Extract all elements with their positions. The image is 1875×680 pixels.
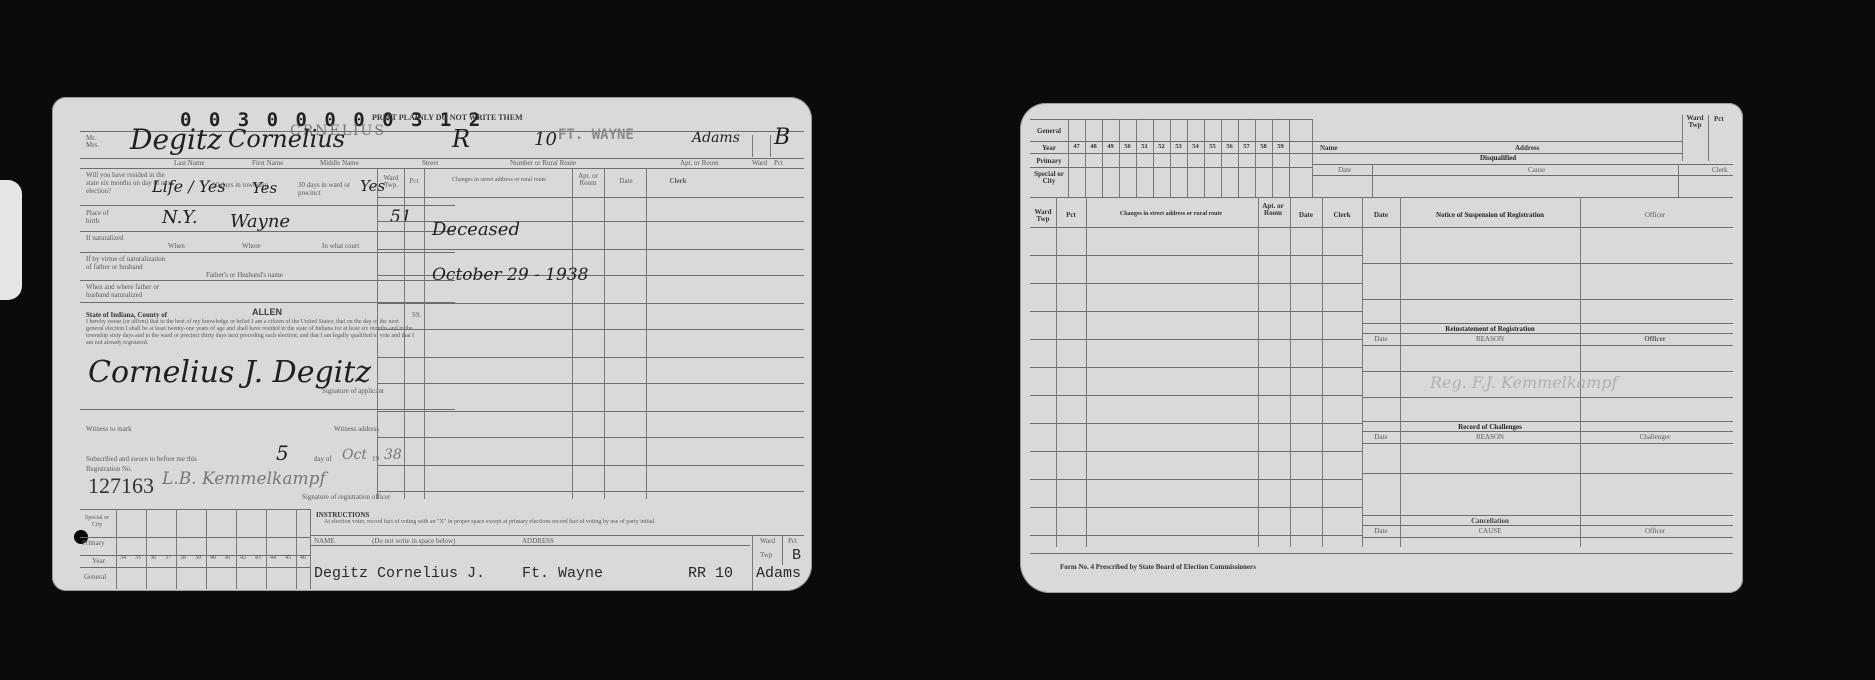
naturalized-when-label: When [168,242,185,250]
day-of-label: day of [314,455,332,463]
first-name-value: Cornelius [228,125,345,153]
form-note: Form No. 4 Prescribed by State Board of … [1060,563,1256,571]
last-name-value: Degitz [130,123,222,156]
footer-ward-label: Ward [760,537,775,545]
subscribed-year: 38 [384,447,402,463]
challenges-title: Record of Challenges [1400,423,1580,431]
challenges-header-date: Date [1362,433,1400,441]
oath-state-line: State of Indiana, County of [86,311,167,319]
applicant-signature-label: Signature of applicant [322,387,384,395]
back-pct-label: Pct [1714,115,1724,123]
back-changes-header-pct: Pct [1056,211,1086,219]
back-changes-header-date: Date [1290,211,1322,219]
subscribed-label: Subscribed and sworn to before me this [86,455,197,463]
footer-name-label: NAME [314,537,335,545]
reinstatement-header-date: Date [1362,335,1400,343]
back-grid-row-general: General [1030,127,1068,135]
birthplace-value: N.Y. [162,207,198,228]
title-labels: Mr. Mrs. [86,135,99,149]
grid-row-primary: Primary [82,539,105,547]
cancellation-header-cause: CAUSE [1400,527,1580,535]
back-year-cells: 47 48 49 50 51 52 53 54 55 56 57 58 59 [1068,143,1312,153]
naturalized-court-label: In what court [322,242,359,250]
witness-address-label: Witness address [334,425,379,433]
header-instruction: PRINT PLAINLY DO NOT WRITE THEM [372,113,523,122]
back-changes-header-ward: Ward Twp [1030,209,1056,223]
residence-township-answer: Yes [252,179,277,197]
number-label: Number or Rural Route [510,159,576,167]
back-ward-label: Ward Twp [1682,115,1708,129]
changes-header-address: Changes in street address or rural route [426,177,572,183]
changes-entry-deceased: Deceased [432,219,520,240]
residence-ward-question: 30 days in ward or precinct [298,181,362,197]
instructions-title: INSTRUCTIONS [316,511,369,519]
disqualified-cause-label: Cause [1528,166,1545,174]
disqualified-clerk-label: Clerk [1712,166,1728,174]
back-changes-header-apt: Apt. or Room [1258,203,1288,217]
footer-typed-name: Degitz Cornelius J. [314,565,485,582]
changes-header-apt: Apt. or Room [574,173,602,187]
registration-number: 127163 [88,473,154,499]
registration-card-back: General Year 47 48 49 50 51 52 53 54 55 … [1020,103,1743,593]
grid-row-year: Year [92,557,105,565]
pct-value: B [774,125,790,150]
reinstatement-header-officer: Officer [1580,335,1730,343]
city-stamp: FT. WAYNE [558,127,634,143]
reinstatement-header-reason: REASON [1400,335,1580,343]
disqualified-section-label: Disqualified [1480,154,1516,162]
birthplace-label: Place of birth [86,209,122,225]
applicant-signature: Cornelius J. Degitz [88,355,371,390]
apt-value: Adams [692,130,740,146]
footer-typed-address: Ft. Wayne [522,565,603,582]
grid-row-special: Special or City [80,515,114,529]
footer-address-label: ADDRESS [522,537,554,545]
changes-entry-date: October 29 - 1938 [432,265,588,285]
footer-note: (Do not write in space below) [372,537,455,545]
ward-label: Ward [752,159,767,167]
subscribed-month: Oct [342,447,367,463]
when-where-label: When and where father or husband natural… [86,283,166,299]
suspension-header-date: Date [1362,211,1400,219]
oath-county: ALLEN [252,307,282,317]
naturalized-virtue-label: If by virtue of naturalization of father… [86,255,166,271]
challenges-header-challenger: Challenger [1580,433,1730,441]
apt-label: Apt. or Room [680,159,719,167]
footer-typed-pct: B [792,547,801,564]
oath-ss: SS. [412,311,422,319]
back-changes-header-address: Changes in street address or rural route [1086,211,1256,217]
suspension-header-officer: Officer [1580,211,1730,219]
birth-city-value: Wayne [230,211,290,232]
disqualified-address-label: Address [1515,144,1539,152]
naturalized-label: If naturalized [86,234,126,242]
subscribed-day: 5 [276,441,289,465]
registration-card-front: 0 0 3 0 0 0 0 0 3 1 2 PRINT PLAINLY DO N… [52,97,812,591]
bleedthrough-text: Reg. F.J. Kemmelkampf [1430,373,1617,392]
oath-text: I hereby swear (or affirm) that to the b… [86,319,416,347]
footer-typed-route: RR 10 [688,565,733,582]
middle-name-label: Middle Name [320,159,359,167]
naturalized-where-label: Where [242,242,261,250]
last-name-label: Last Name [174,159,205,167]
witness-label: Witness to mark [86,425,132,433]
changes-header-clerk: Clerk [648,177,708,185]
footer-twp-label: Twp [760,551,772,559]
disqualified-date-label: Date [1338,166,1351,174]
back-changes-header-clerk: Clerk [1322,211,1362,219]
officer-signature: L.B. Kemmelkampf [162,469,326,489]
back-grid-row-special: Special or City [1032,171,1066,185]
cancellation-header-date: Date [1362,527,1400,535]
street-value: R [452,125,470,153]
cancellation-header-officer: Officer [1580,527,1730,535]
back-grid-row-year: Year [1030,144,1068,152]
pct-label: Pct [774,159,783,167]
disqualified-name-label: Name [1320,144,1338,152]
first-name-label: First Name [252,159,283,167]
instructions-text: At election voter, record fact of voting… [324,519,714,526]
fathers-name-label: Father's or Husband's name [206,271,283,279]
footer-pct-label: Pct [788,537,797,545]
cancellation-title: Cancellation [1400,517,1580,525]
back-grid-row-primary: Primary [1030,157,1068,165]
grid-row-general: General [84,573,106,581]
number-value: 10 [534,129,557,150]
suspension-header-notice: Notice of Suspension of Registration [1400,211,1580,219]
challenges-header-reason: REASON [1400,433,1580,441]
street-label: Street [422,159,438,167]
footer-typed-township: Adams [756,565,801,582]
age-value: 51 [390,207,412,227]
registration-no-label: Registration No. [86,465,132,473]
adjacent-card-edge [0,180,22,300]
changes-header-ward: Ward Twp. [378,175,404,189]
reinstatement-title: Reinstatement of Registration [1400,325,1580,333]
changes-header-date: Date [606,177,646,185]
changes-header-pct: Pct [405,177,423,185]
